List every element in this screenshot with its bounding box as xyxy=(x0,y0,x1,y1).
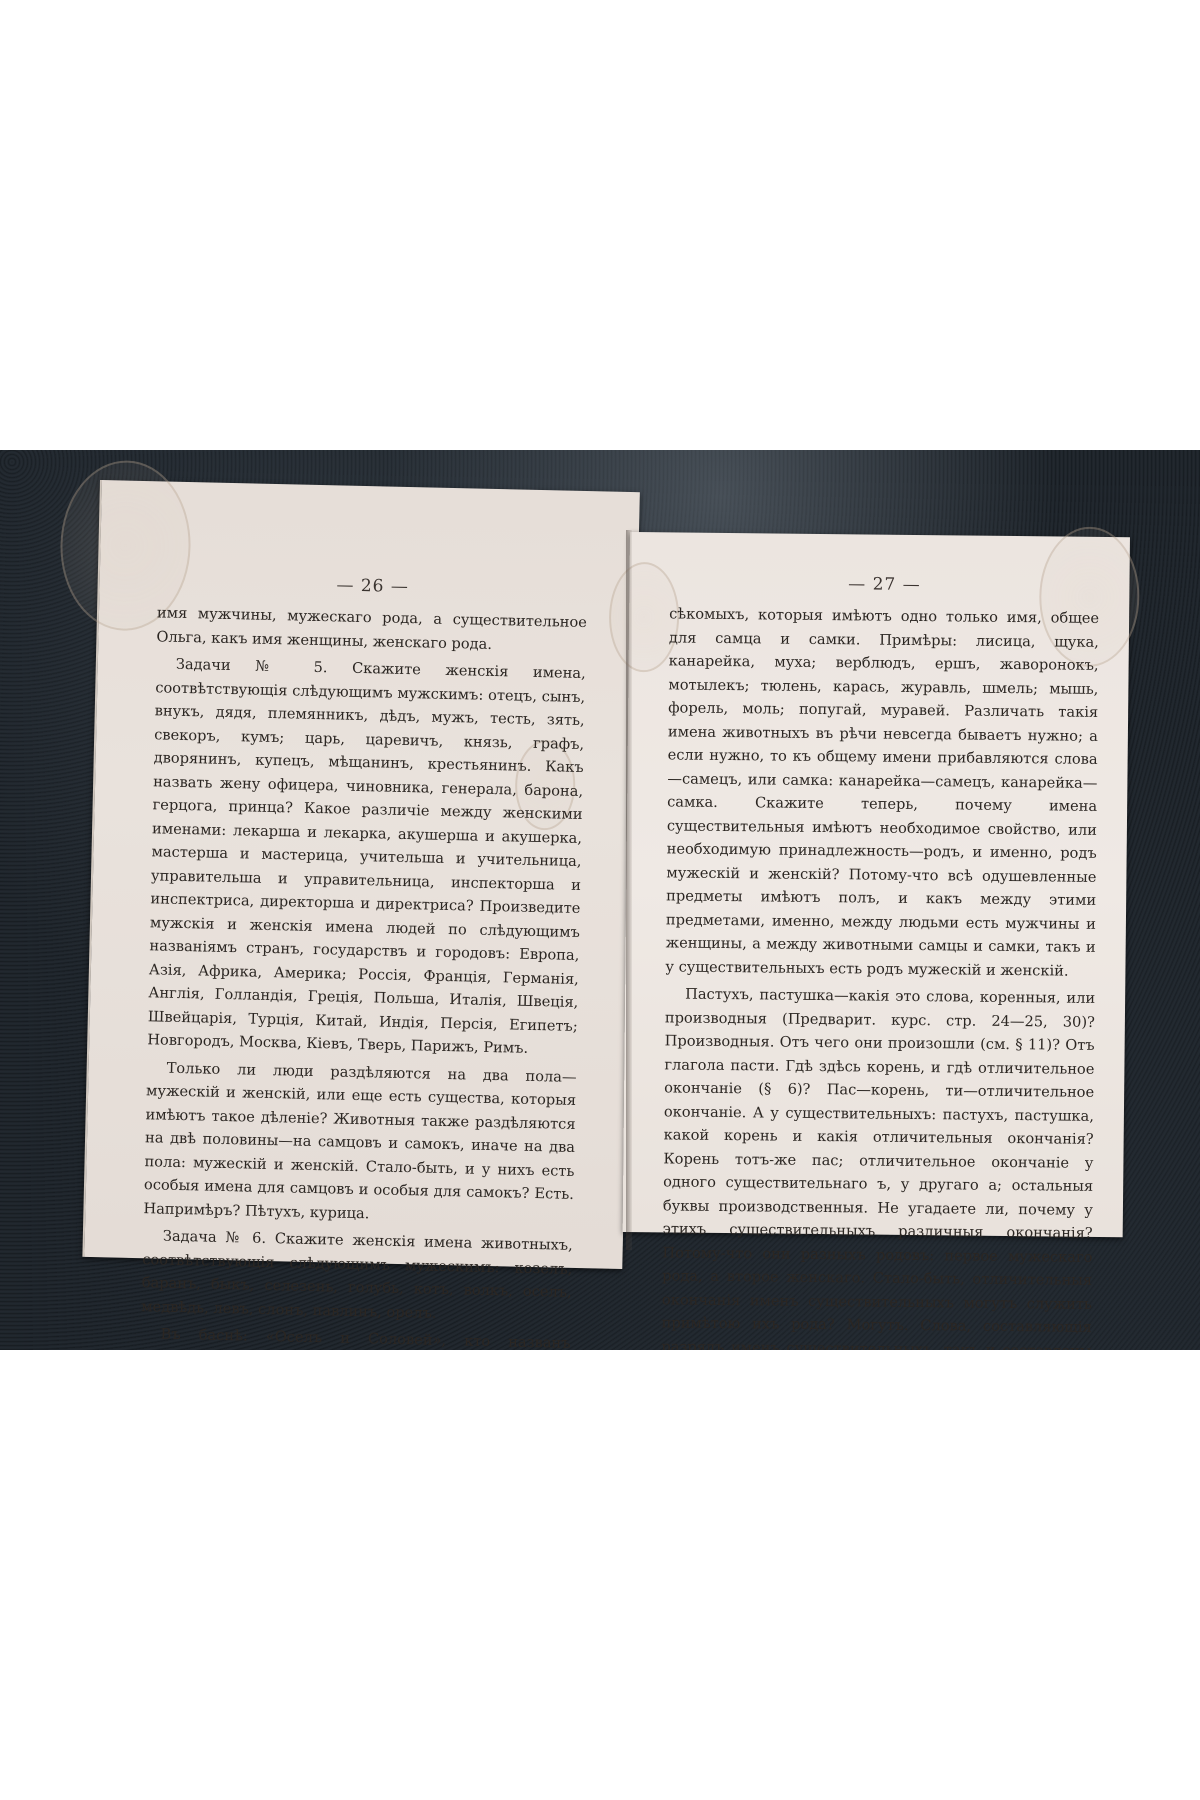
paragraph: Только ли люди раздѣляются на два пола—м… xyxy=(143,1056,577,1230)
book-photo: — 26 — имя мужчины, мужескаго рода, а су… xyxy=(0,450,1200,1350)
right-page-body: — 27 — сѣкомыхъ, которыя имѣютъ одно тол… xyxy=(660,572,1100,1350)
right-page: — 27 — сѣкомыхъ, которыя имѣютъ одно тол… xyxy=(623,532,1130,1237)
paragraph: Задачи № 5. Скажите женскія имена, соотв… xyxy=(147,652,586,1061)
left-page: — 26 — имя мужчины, мужескаго рода, а су… xyxy=(82,480,639,1269)
book-gutter xyxy=(626,530,632,1250)
paragraph: имя мужчины, мужескаго рода, а существит… xyxy=(156,601,587,658)
page-number: — 27 — xyxy=(669,572,1099,597)
left-page-text: имя мужчины, мужескаго рода, а существит… xyxy=(137,601,587,1350)
paragraph: Задача № 6. Скажите женскія имена животн… xyxy=(141,1224,573,1328)
right-page-text: сѣкомыхъ, которыя имѣютъ одно только имя… xyxy=(660,602,1099,1350)
paragraph: сѣкомыхъ, которыя имѣютъ одно только имя… xyxy=(665,602,1099,982)
paragraph: Пастухъ, пастушка—какія это слова, корен… xyxy=(660,982,1095,1350)
left-page-body: — 26 — имя мужчины, мужескаго рода, а су… xyxy=(137,571,588,1350)
page-number: — 26 — xyxy=(157,571,587,601)
